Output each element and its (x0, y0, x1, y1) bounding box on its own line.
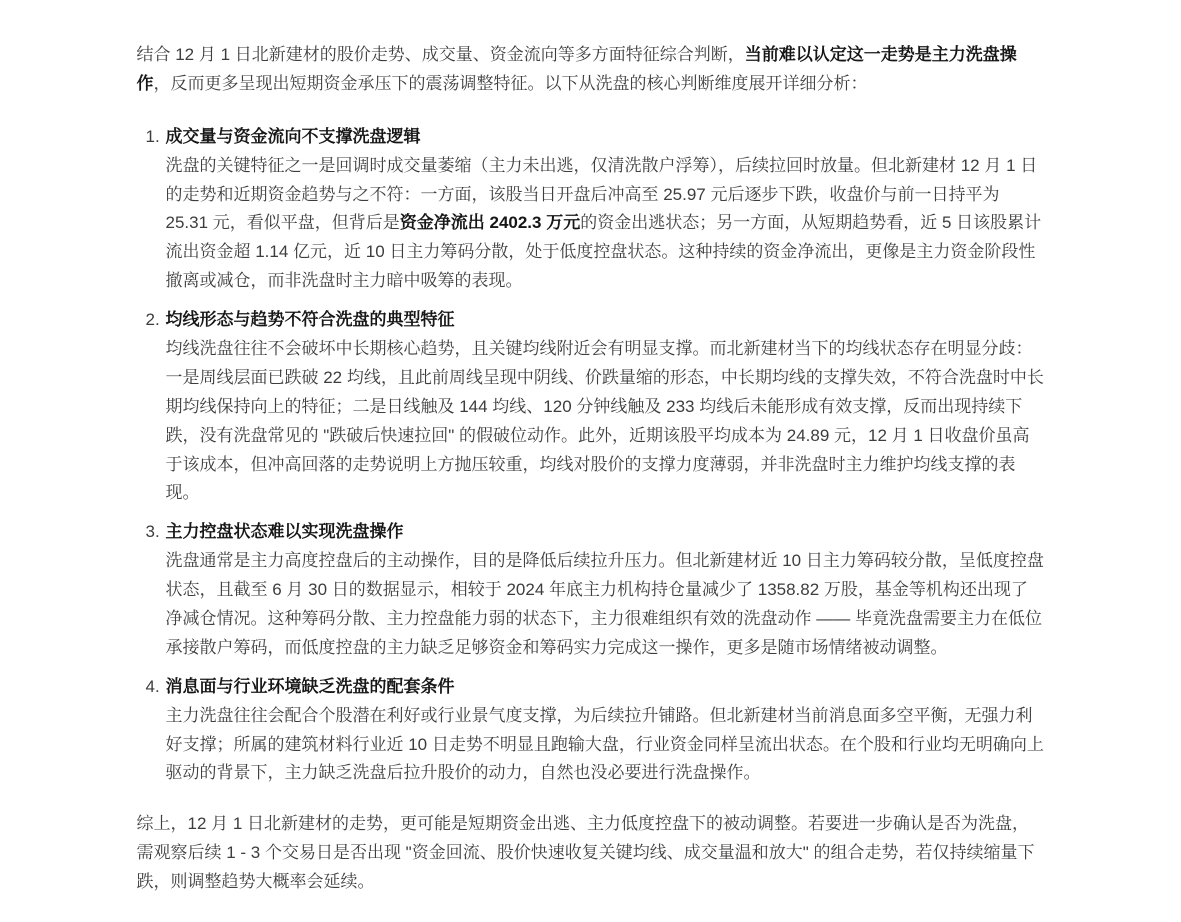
list-item-body: 均线洗盘往往不会破坏中长期核心趋势，且关键均线附近会有明显支撑。而北新建材当下的… (166, 335, 1045, 508)
analysis-list: 1. 成交量与资金流向不支撑洗盘逻辑 洗盘的关键特征之一是回调时成交量萎缩（主力… (137, 123, 1045, 789)
list-item-body: 洗盘的关键特征之一是回调时成交量萎缩（主力未出逃，仅清洗散户浮筹），后续拉回时放… (166, 152, 1045, 296)
list-item-heading: 主力控盘状态难以实现洗盘操作 (166, 518, 1045, 547)
list-item-number: 1. (146, 123, 160, 152)
net-outflow-bold: 资金净流出 2402.3 万元 (400, 213, 580, 232)
list-item-number: 4. (146, 673, 160, 702)
analysis-document: 结合 12 月 1 日北新建材的股价走势、成交量、资金流向等多方面特征综合判断，… (137, 41, 1045, 897)
list-item-moving-averages: 2. 均线形态与趋势不符合洗盘的典型特征 均线洗盘往往不会破坏中长期核心趋势，且… (137, 306, 1045, 508)
intro-paragraph: 结合 12 月 1 日北新建材的股价走势、成交量、资金流向等多方面特征综合判断，… (137, 41, 1045, 99)
list-item-news-industry: 4. 消息面与行业环境缺乏洗盘的配套条件 主力洗盘往往会配合个股潜在利好或行业景… (137, 673, 1045, 789)
list-item-control-status: 3. 主力控盘状态难以实现洗盘操作 洗盘通常是主力高度控盘后的主动操作，目的是降… (137, 518, 1045, 662)
body-text-before: 均线洗盘往往不会破坏中长期核心趋势，且关键均线附近会有明显支撑。而北新建材当下的… (166, 339, 1044, 502)
list-item-heading: 消息面与行业环境缺乏洗盘的配套条件 (166, 673, 1045, 702)
list-item-heading: 成交量与资金流向不支撑洗盘逻辑 (166, 123, 1045, 152)
body-text-before: 洗盘通常是主力高度控盘后的主动操作，目的是降低后续拉升压力。但北新建材近 10 … (166, 551, 1044, 657)
conclusion-paragraph: 综上，12 月 1 日北新建材的走势，更可能是短期资金出逃、主力低度控盘下的被动… (137, 810, 1045, 897)
intro-text-before: 结合 12 月 1 日北新建材的股价走势、成交量、资金流向等多方面特征综合判断， (137, 45, 745, 64)
body-text-before: 主力洗盘往往会配合个股潜在利好或行业景气度支撑，为后续拉升铺路。但北新建材当前消… (166, 706, 1044, 783)
list-item-body: 主力洗盘往往会配合个股潜在利好或行业景气度支撑，为后续拉升铺路。但北新建材当前消… (166, 702, 1045, 789)
intro-text-after: ，反而更多呈现出短期资金承压下的震荡调整特征。以下从洗盘的核心判断维度展开详细分… (154, 74, 868, 93)
list-item-number: 3. (146, 518, 160, 547)
list-item-volume-funds: 1. 成交量与资金流向不支撑洗盘逻辑 洗盘的关键特征之一是回调时成交量萎缩（主力… (137, 123, 1045, 296)
list-item-heading: 均线形态与趋势不符合洗盘的典型特征 (166, 306, 1045, 335)
list-item-number: 2. (146, 306, 160, 335)
list-item-body: 洗盘通常是主力高度控盘后的主动操作，目的是降低后续拉升压力。但北新建材近 10 … (166, 547, 1045, 663)
